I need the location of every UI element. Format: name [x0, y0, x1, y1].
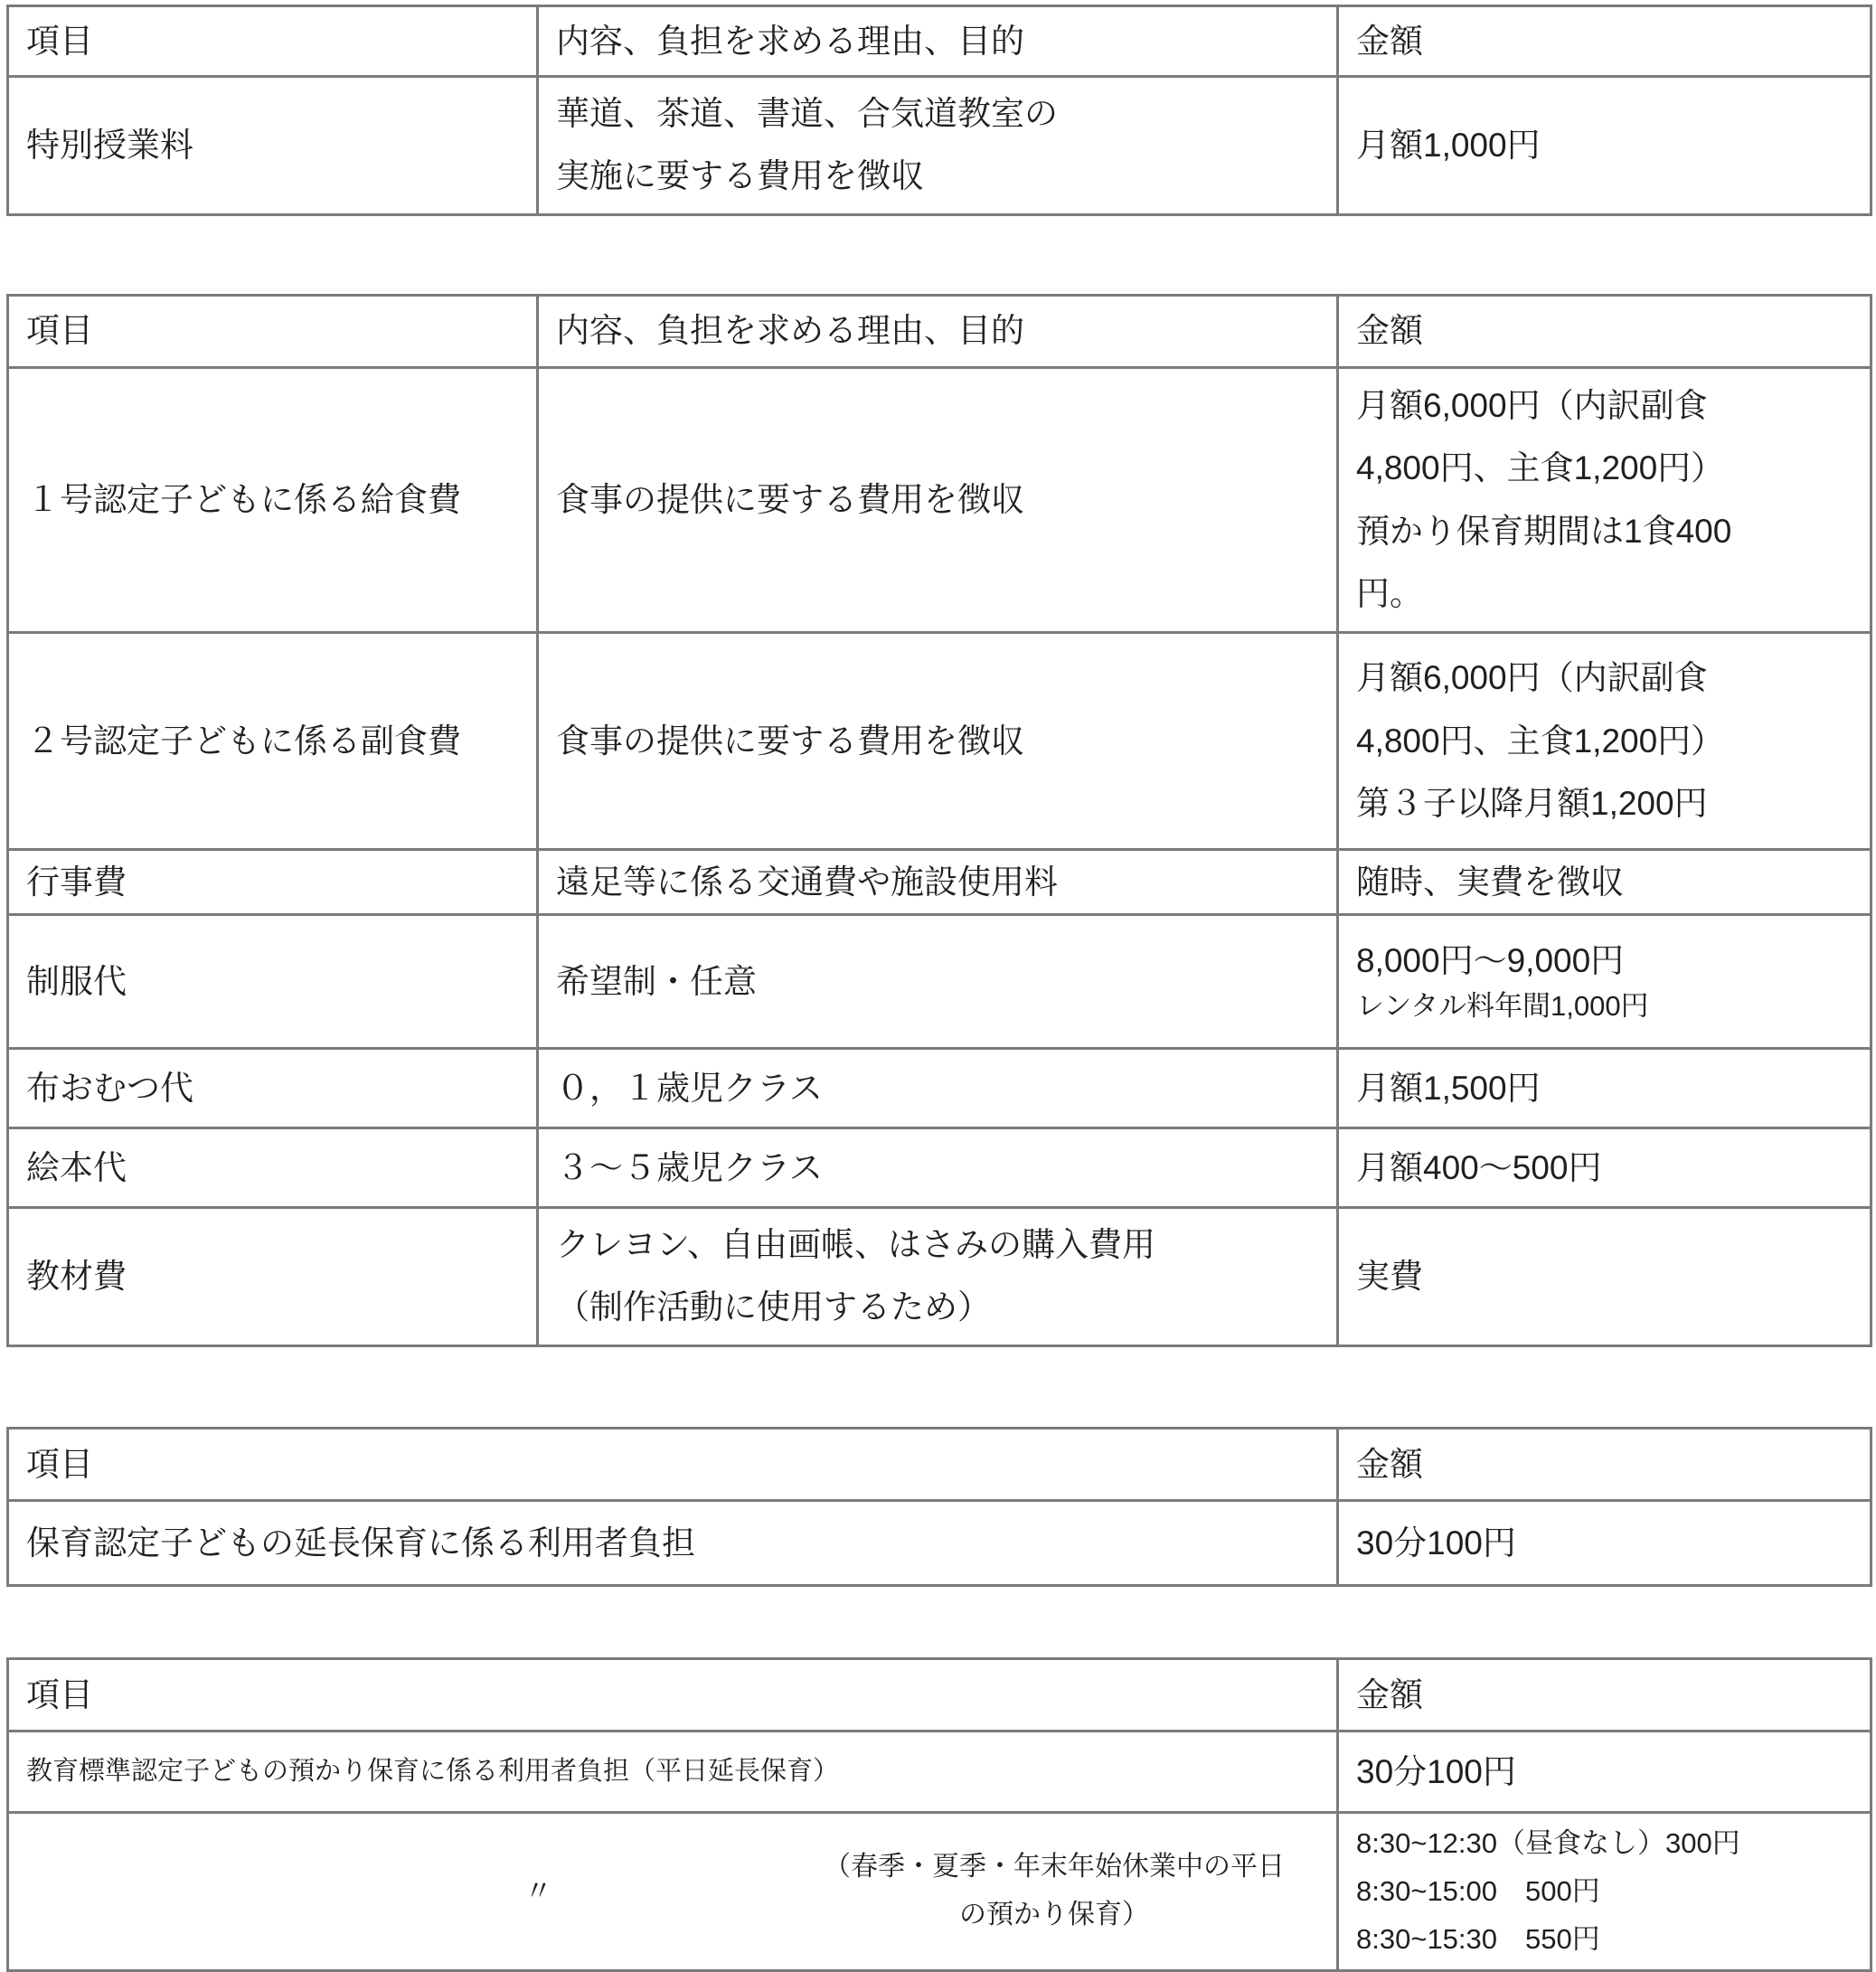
cell-description: ３〜５歳児クラス	[538, 1128, 1338, 1208]
fee-schedule-document: 項目 内容、負担を求める理由、目的 金額 特別授業料 華道、茶道、書道、合気道教…	[0, 0, 1876, 1963]
column-header-item: 項目	[8, 1428, 1338, 1500]
table-row: 布おむつ代 ０，１歳児クラス 月額1,500円	[8, 1049, 1871, 1128]
table-row: 特別授業料 華道、茶道、書道、合気道教室の 実施に要する費用を徴収 月額1,00…	[8, 77, 1871, 215]
header-row: 項目 内容、負担を求める理由、目的 金額	[8, 295, 1871, 367]
cell-item: 教材費	[8, 1208, 538, 1346]
table-row: 〃 （春季・夏季・年末年始休業中の平日 の預かり保育） 8:30~12:30（昼…	[8, 1812, 1871, 1970]
cell-amount: 月額6,000円（内訳副食 4,800円、主食1,200円） 第３子以降月額1,…	[1338, 632, 1871, 849]
amount-rental-note: レンタル料年間1,000円	[1356, 986, 1857, 1028]
ditto-note: （春季・夏季・年末年始休業中の平日 の預かり保育）	[824, 1844, 1285, 1939]
table-row: 保育認定子どもの延長保育に係る利用者負担 30分100円	[8, 1500, 1871, 1585]
column-header-amount: 金額	[1338, 6, 1871, 77]
cell-item: 教育標準認定子どもの預かり保育に係る利用者負担（平日延長保育）	[8, 1731, 1338, 1812]
table-row: 教育標準認定子どもの預かり保育に係る利用者負担（平日延長保育） 30分100円	[8, 1731, 1871, 1812]
meal-and-school-expenses-table: 項目 内容、負担を求める理由、目的 金額 １号認定子どもに係る給食費 食事の提供…	[6, 294, 1872, 1347]
column-header-item: 項目	[8, 295, 538, 367]
cell-item: 〃 （春季・夏季・年末年始休業中の平日 の預かり保育）	[8, 1812, 1338, 1970]
table-row: １号認定子どもに係る給食費 食事の提供に要する費用を徴収 月額6,000円（内訳…	[8, 367, 1871, 632]
header-row: 項目 内容、負担を求める理由、目的 金額	[8, 6, 1871, 77]
header-row: 項目 金額	[8, 1658, 1871, 1731]
cell-description: クレヨン、自由画帳、はさみの購入費用 （制作活動に使用するため）	[538, 1208, 1338, 1346]
cell-item: 制服代	[8, 915, 538, 1049]
cell-description: 華道、茶道、書道、合気道教室の 実施に要する費用を徴収	[538, 77, 1338, 215]
column-header-description: 内容、負担を求める理由、目的	[538, 295, 1338, 367]
ditto-row-content: 〃 （春季・夏季・年末年始休業中の平日 の預かり保育）	[9, 1844, 1324, 1939]
amount-main-value: 8,000円〜9,000円	[1356, 936, 1857, 986]
column-header-description: 内容、負担を求める理由、目的	[538, 6, 1338, 77]
extended-childcare-fee-table: 項目 金額 保育認定子どもの延長保育に係る利用者負担 30分100円	[6, 1427, 1872, 1587]
special-lesson-fee-table: 項目 内容、負担を求める理由、目的 金額 特別授業料 華道、茶道、書道、合気道教…	[6, 5, 1872, 216]
header-row: 項目 金額	[8, 1428, 1871, 1500]
cell-amount: 随時、実費を徴収	[1338, 849, 1871, 914]
column-header-amount: 金額	[1338, 295, 1871, 367]
table-row: 行事費 遠足等に係る交通費や施設使用料 随時、実費を徴収	[8, 849, 1871, 914]
table-row: 制服代 希望制・任意 8,000円〜9,000円 レンタル料年間1,000円	[8, 915, 1871, 1049]
cell-amount: 月額1,000円	[1338, 77, 1871, 215]
cell-item: ２号認定子どもに係る副食費	[8, 632, 538, 849]
table-row: ２号認定子どもに係る副食費 食事の提供に要する費用を徴収 月額6,000円（内訳…	[8, 632, 1871, 849]
cell-description: 食事の提供に要する費用を徴収	[538, 632, 1338, 849]
table-row: 絵本代 ３〜５歳児クラス 月額400〜500円	[8, 1128, 1871, 1208]
cell-description: 希望制・任意	[538, 915, 1338, 1049]
cell-item: 保育認定子どもの延長保育に係る利用者負担	[8, 1500, 1338, 1585]
cell-amount: 30分100円	[1338, 1731, 1871, 1812]
cell-amount: 月額1,500円	[1338, 1049, 1871, 1128]
column-header-amount: 金額	[1338, 1658, 1871, 1731]
cell-item: １号認定子どもに係る給食費	[8, 367, 538, 632]
cell-amount: 8:30~12:30（昼食なし）300円 8:30~15:00 500円 8:3…	[1338, 1812, 1871, 1970]
cell-description: ０，１歳児クラス	[538, 1049, 1338, 1128]
ditto-mark: 〃	[524, 1871, 552, 1913]
cell-amount: 月額6,000円（内訳副食 4,800円、主食1,200円） 預かり保育期間は1…	[1338, 367, 1871, 632]
cell-amount: 30分100円	[1338, 1500, 1871, 1585]
cell-description: 食事の提供に要する費用を徴収	[538, 367, 1338, 632]
cell-item: 布おむつ代	[8, 1049, 538, 1128]
cell-description: 遠足等に係る交通費や施設使用料	[538, 849, 1338, 914]
column-header-item: 項目	[8, 6, 538, 77]
temporary-childcare-fee-table: 項目 金額 教育標準認定子どもの預かり保育に係る利用者負担（平日延長保育） 30…	[6, 1657, 1872, 1972]
column-header-item: 項目	[8, 1658, 1338, 1731]
column-header-amount: 金額	[1338, 1428, 1871, 1500]
cell-item: 特別授業料	[8, 77, 538, 215]
cell-amount: 実費	[1338, 1208, 1871, 1346]
cell-amount: 8,000円〜9,000円 レンタル料年間1,000円	[1338, 915, 1871, 1049]
table-row: 教材費 クレヨン、自由画帳、はさみの購入費用 （制作活動に使用するため） 実費	[8, 1208, 1871, 1346]
cell-amount: 月額400〜500円	[1338, 1128, 1871, 1208]
cell-item: 行事費	[8, 849, 538, 914]
cell-item: 絵本代	[8, 1128, 538, 1208]
